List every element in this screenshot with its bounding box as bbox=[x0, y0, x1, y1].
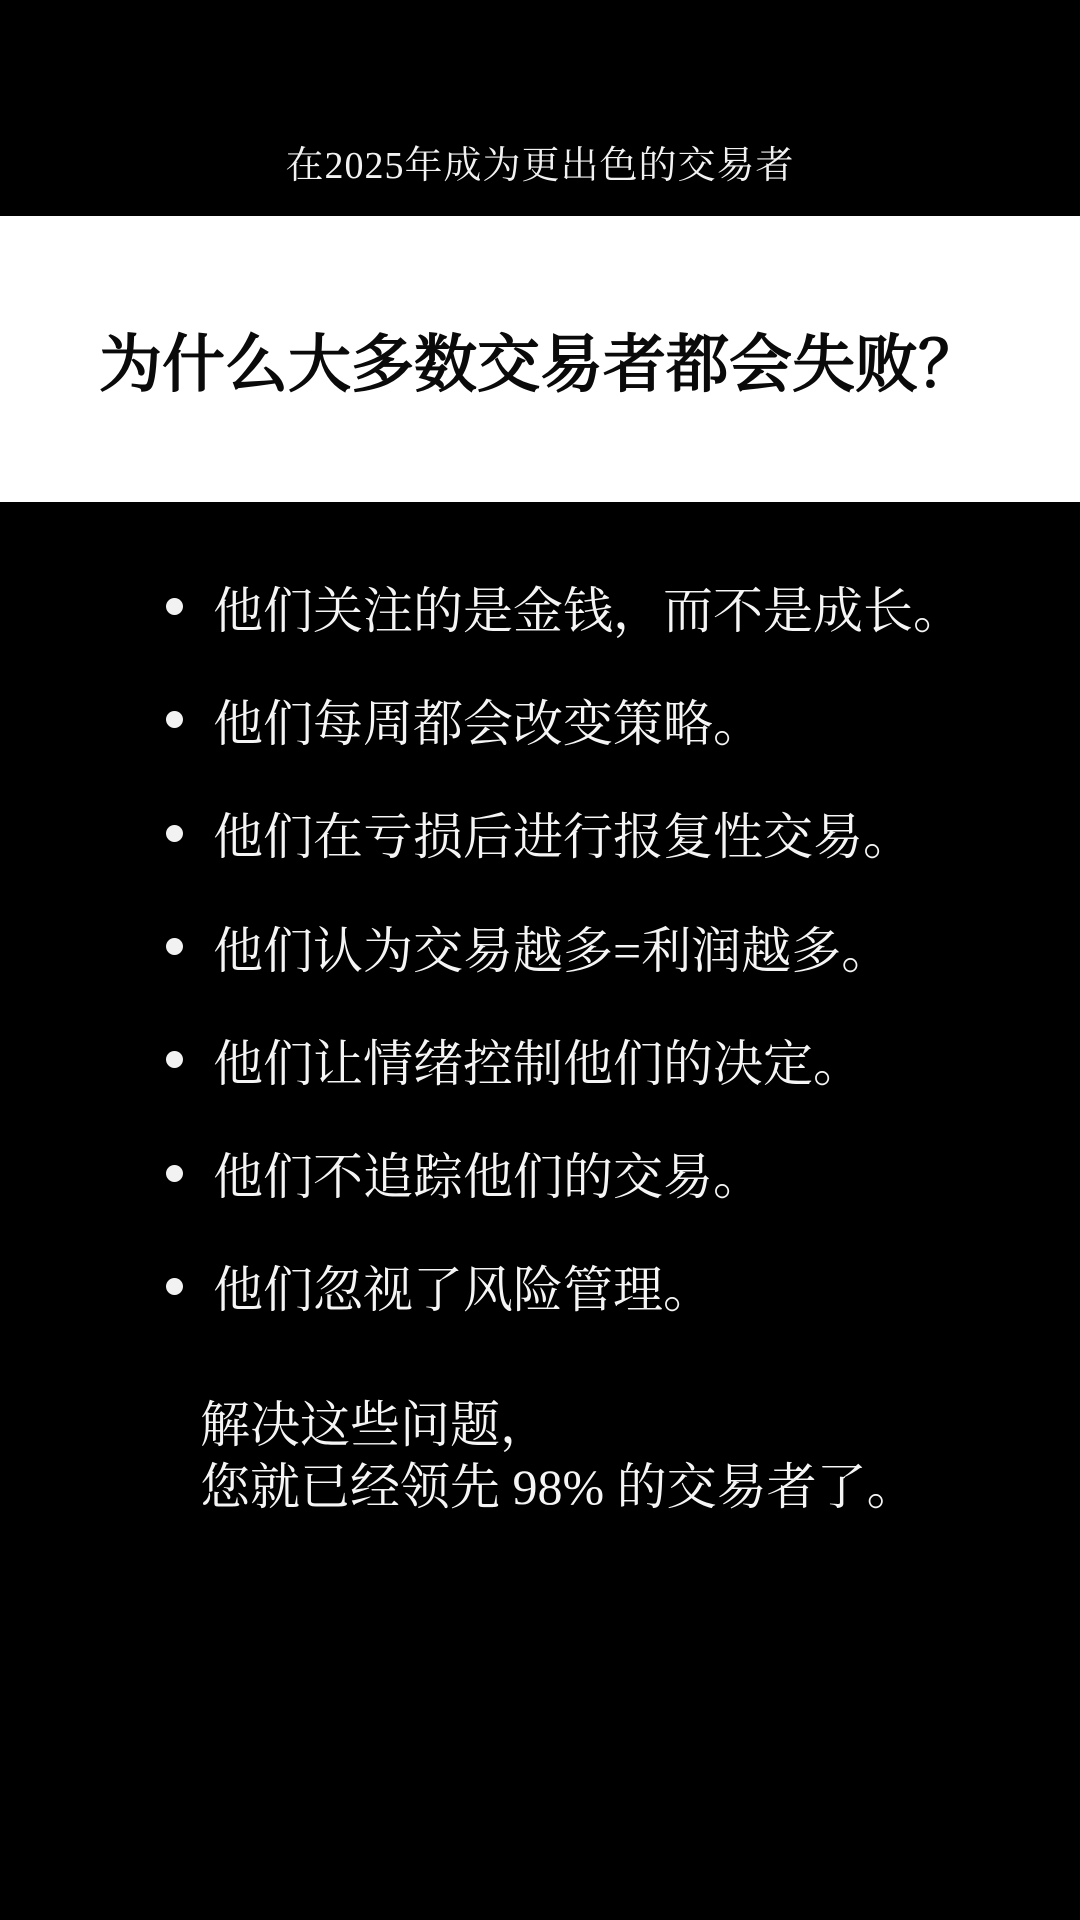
reason-text: 他们关注的是金钱，而不是成长。 bbox=[213, 571, 963, 643]
conclusion-line-2: 您就已经领先 98% 的交易者了。 bbox=[200, 1456, 917, 1518]
conclusion-line-1: 解决这些问题， bbox=[200, 1394, 917, 1456]
reason-text: 他们在亏损后进行报复性交易。 bbox=[213, 797, 913, 869]
bullet-dot-icon bbox=[166, 1165, 183, 1182]
list-item: 他们不追踪他们的交易。 bbox=[0, 1116, 1080, 1229]
bullet-dot-icon bbox=[166, 1278, 183, 1295]
top-tagline: 在2025年成为更出色的交易者 bbox=[0, 147, 1080, 185]
list-item: 他们关注的是金钱，而不是成长。 bbox=[0, 550, 1080, 663]
reason-text: 他们每周都会改变策略。 bbox=[213, 684, 763, 756]
bullet-dot-icon bbox=[166, 1051, 183, 1068]
bullet-dot-icon bbox=[166, 938, 183, 955]
reason-text: 他们不追踪他们的交易。 bbox=[213, 1137, 763, 1209]
slide: 在2025年成为更出色的交易者 为什么大多数交易者都会失败？ 他们关注的是金钱，… bbox=[0, 0, 1080, 1920]
reason-text: 他们让情绪控制他们的决定。 bbox=[213, 1024, 863, 1096]
bullet-dot-icon bbox=[166, 598, 183, 615]
list-item: 他们每周都会改变策略。 bbox=[0, 663, 1080, 776]
bullet-dot-icon bbox=[166, 825, 183, 842]
list-item: 他们让情绪控制他们的决定。 bbox=[0, 1003, 1080, 1116]
reason-text: 他们忽视了风险管理。 bbox=[213, 1250, 713, 1322]
reasons-list: 他们关注的是金钱，而不是成长。 他们每周都会改变策略。 他们在亏损后进行报复性交… bbox=[0, 550, 1080, 1343]
list-item: 他们忽视了风险管理。 bbox=[0, 1230, 1080, 1343]
list-item: 他们认为交易越多=利润越多。 bbox=[0, 890, 1080, 1003]
title-banner: 为什么大多数交易者都会失败？ bbox=[0, 216, 1080, 502]
reason-text: 他们认为交易越多=利润越多。 bbox=[213, 911, 891, 983]
conclusion-text: 解决这些问题， 您就已经领先 98% 的交易者了。 bbox=[200, 1394, 917, 1518]
page-title: 为什么大多数交易者都会失败？ bbox=[99, 314, 981, 405]
bullet-dot-icon bbox=[166, 711, 183, 728]
list-item: 他们在亏损后进行报复性交易。 bbox=[0, 777, 1080, 890]
